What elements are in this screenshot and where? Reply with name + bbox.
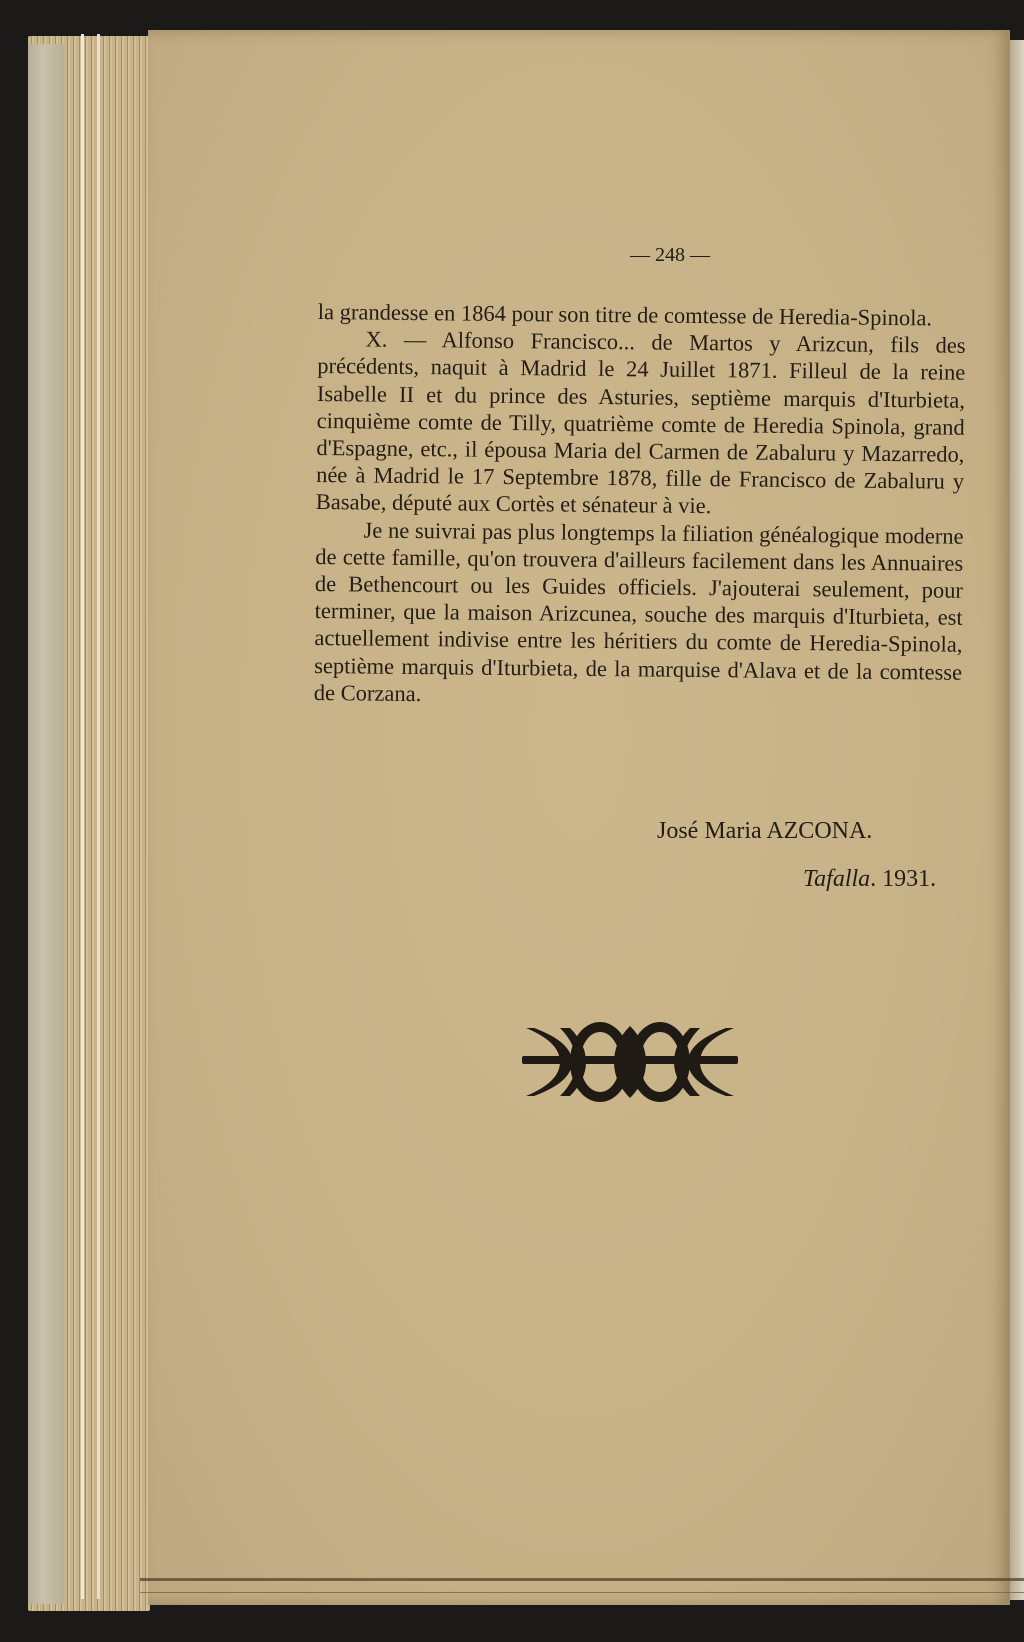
author-signature: José Maria AZCONA. (657, 818, 872, 845)
paragraph: X. — Alfonso Francisco... de Martos y Ar… (316, 325, 966, 522)
endpaper-edge (28, 44, 64, 1604)
adjacent-page-edge (1010, 40, 1024, 1600)
page-number: — 248 — (600, 244, 740, 267)
year: 1931. (882, 866, 936, 892)
paragraph: Je ne suivrai pas plus longtemps la fili… (314, 516, 964, 713)
page-edge-highlight (97, 34, 100, 1599)
place-name: Tafalla (803, 866, 870, 892)
place-separator: . (870, 866, 882, 892)
page-edge-highlight (81, 34, 84, 1599)
page-bottom-edge (140, 1592, 1024, 1593)
body-text: la grandesse en 1864 pour son titre de c… (314, 298, 966, 713)
place-date: Tafalla. 1931. (803, 866, 936, 893)
page-bottom-edge (140, 1578, 1024, 1581)
book-page (148, 30, 1010, 1605)
tailpiece-ornament-icon (520, 1020, 740, 1104)
